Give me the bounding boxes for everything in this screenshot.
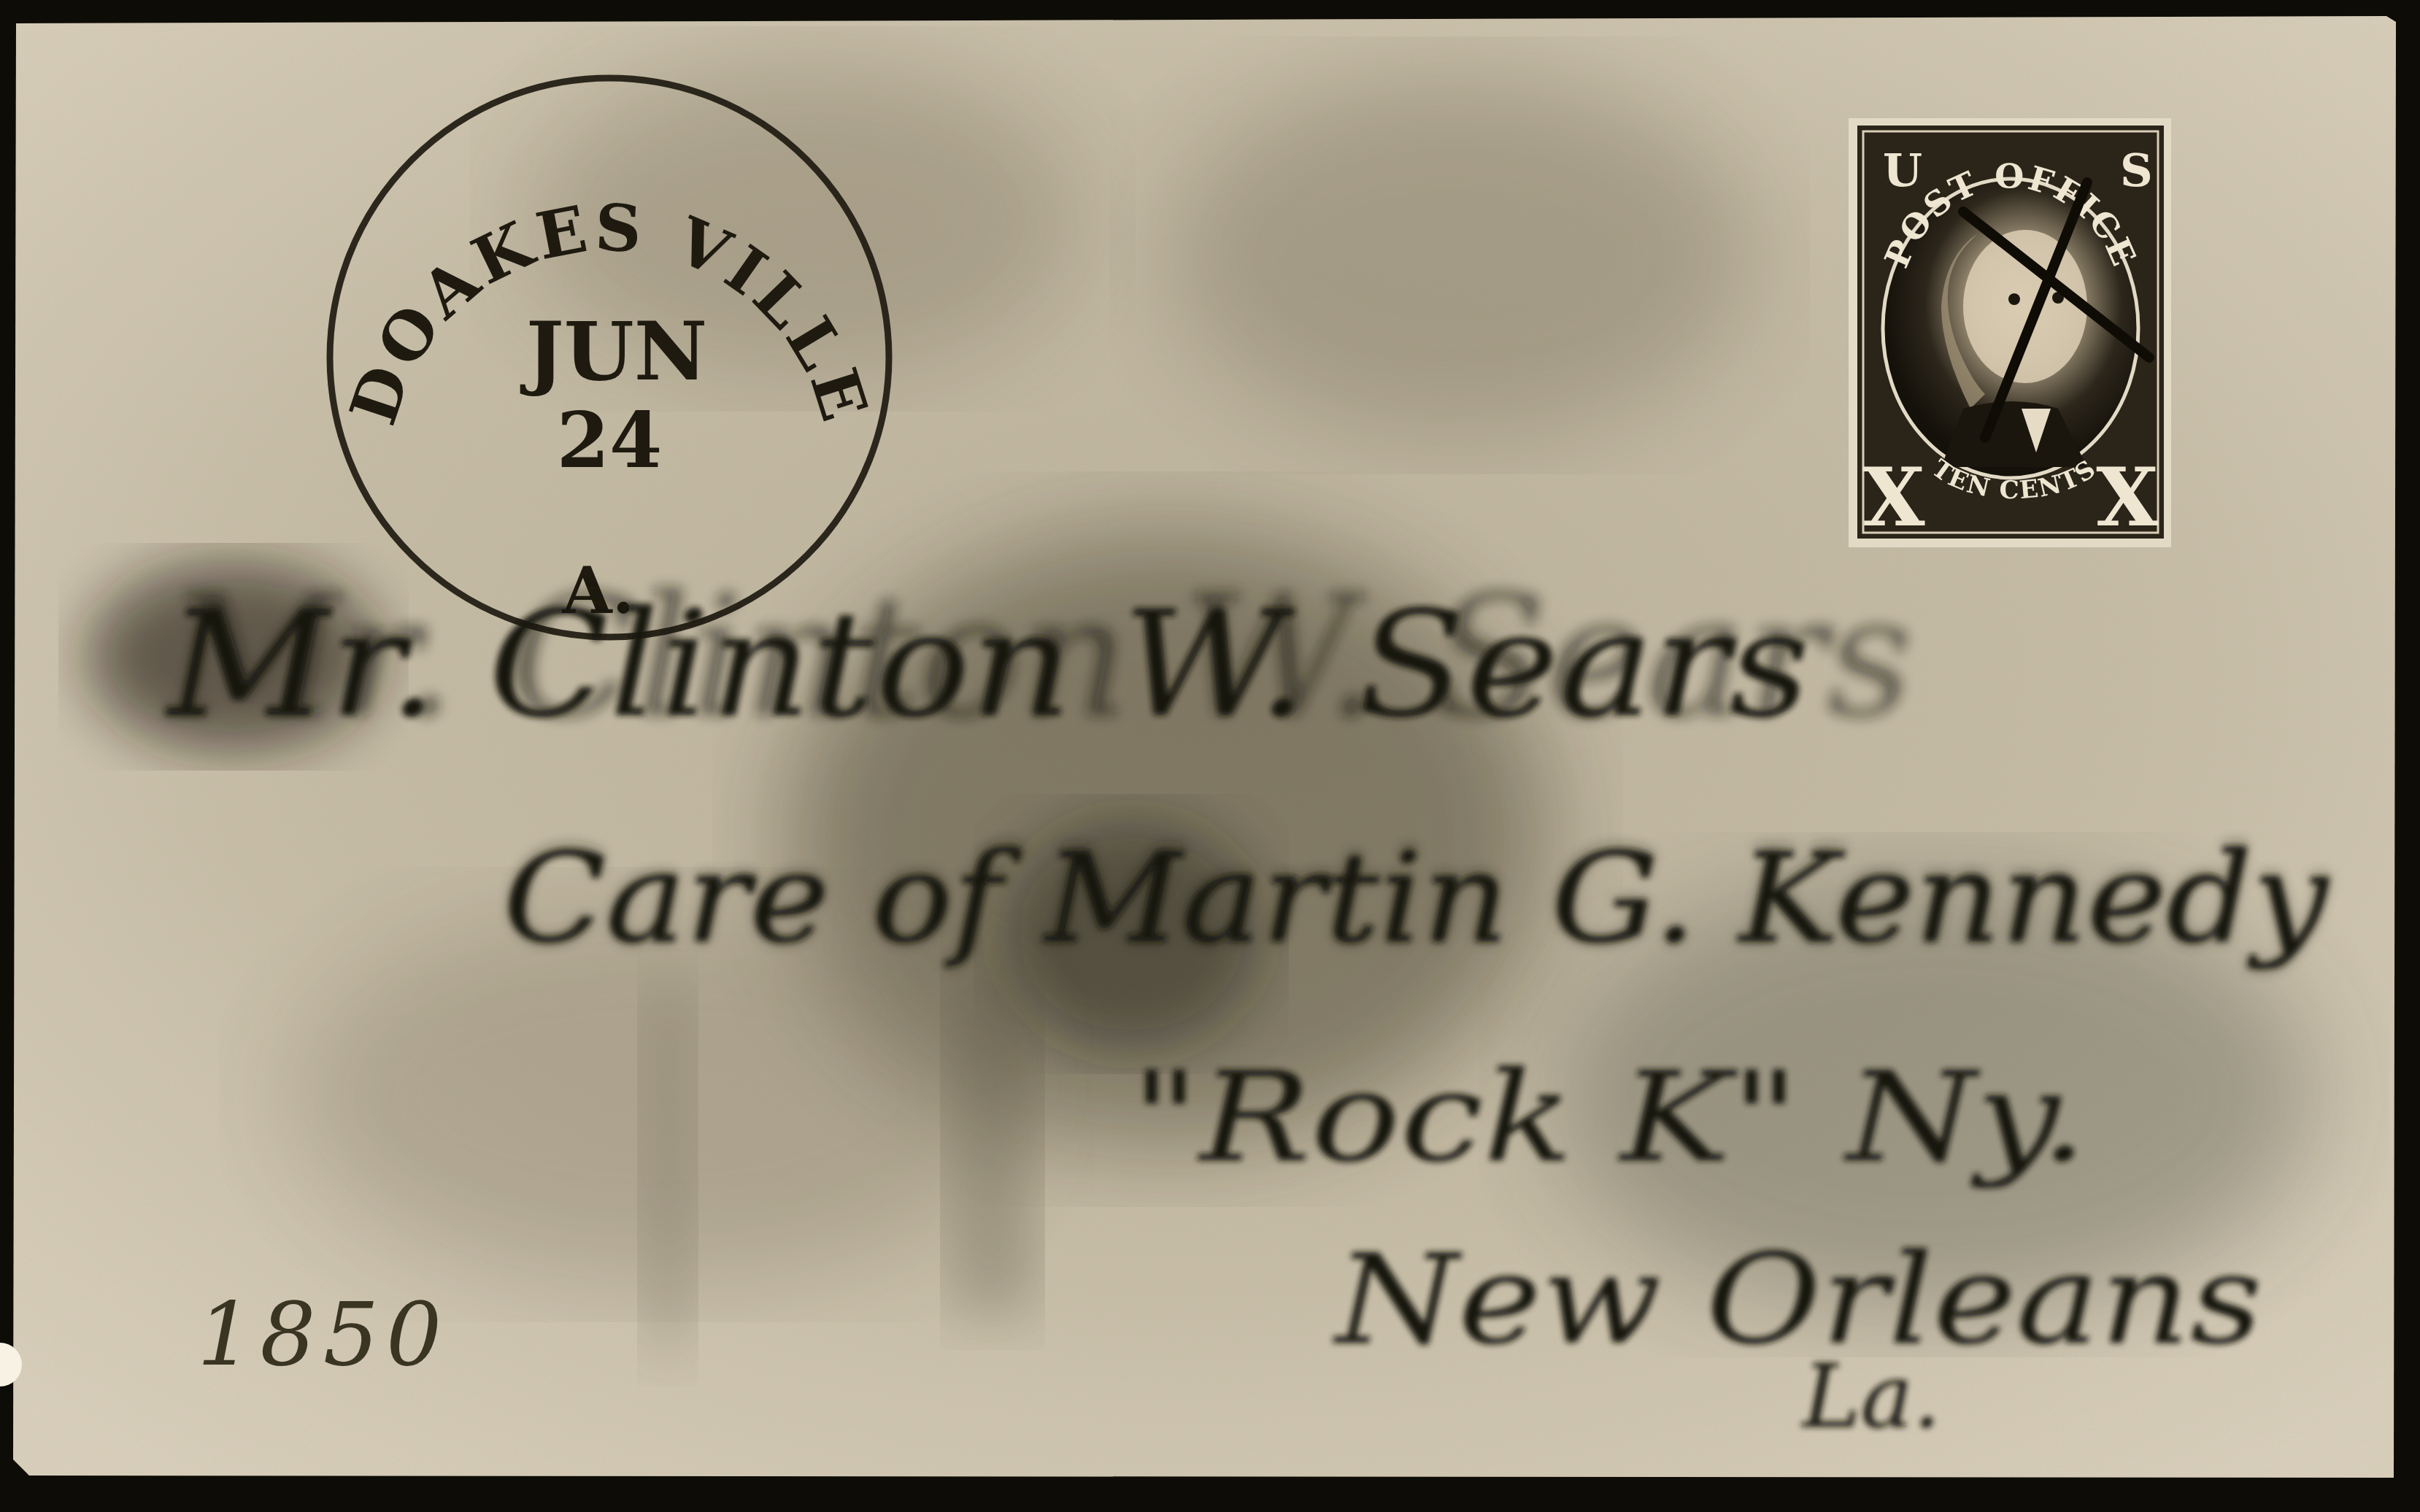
- envelope-photo: DOAKES VILLE JUN 24 A. U S POST OFFICE X…: [0, 0, 2420, 1512]
- stamp-corner-s: S: [2120, 144, 2153, 197]
- stamp-numeral-right: X: [2096, 450, 2159, 544]
- address-line-1: Mr. Clinton W. Sears: [165, 580, 1810, 750]
- stamp-corner-u: U: [1883, 144, 1922, 197]
- postmark-month: JUN: [520, 304, 708, 398]
- address-line-3: "Rock K" Ny.: [1131, 1046, 2087, 1190]
- address-line-4: New Orleans: [1332, 1228, 2262, 1373]
- stamp-numeral-left: X: [1862, 450, 1925, 544]
- portrait-icon: [1963, 230, 2087, 383]
- stamp: U S POST OFFICE X X TEN CENTS: [1849, 118, 2171, 547]
- address-line-2: Care of Martin G. Kennedy: [504, 827, 2330, 971]
- address-line-5: La.: [1801, 1346, 1941, 1448]
- year-notation: 1850: [197, 1284, 449, 1386]
- postmark-day: 24: [557, 396, 663, 485]
